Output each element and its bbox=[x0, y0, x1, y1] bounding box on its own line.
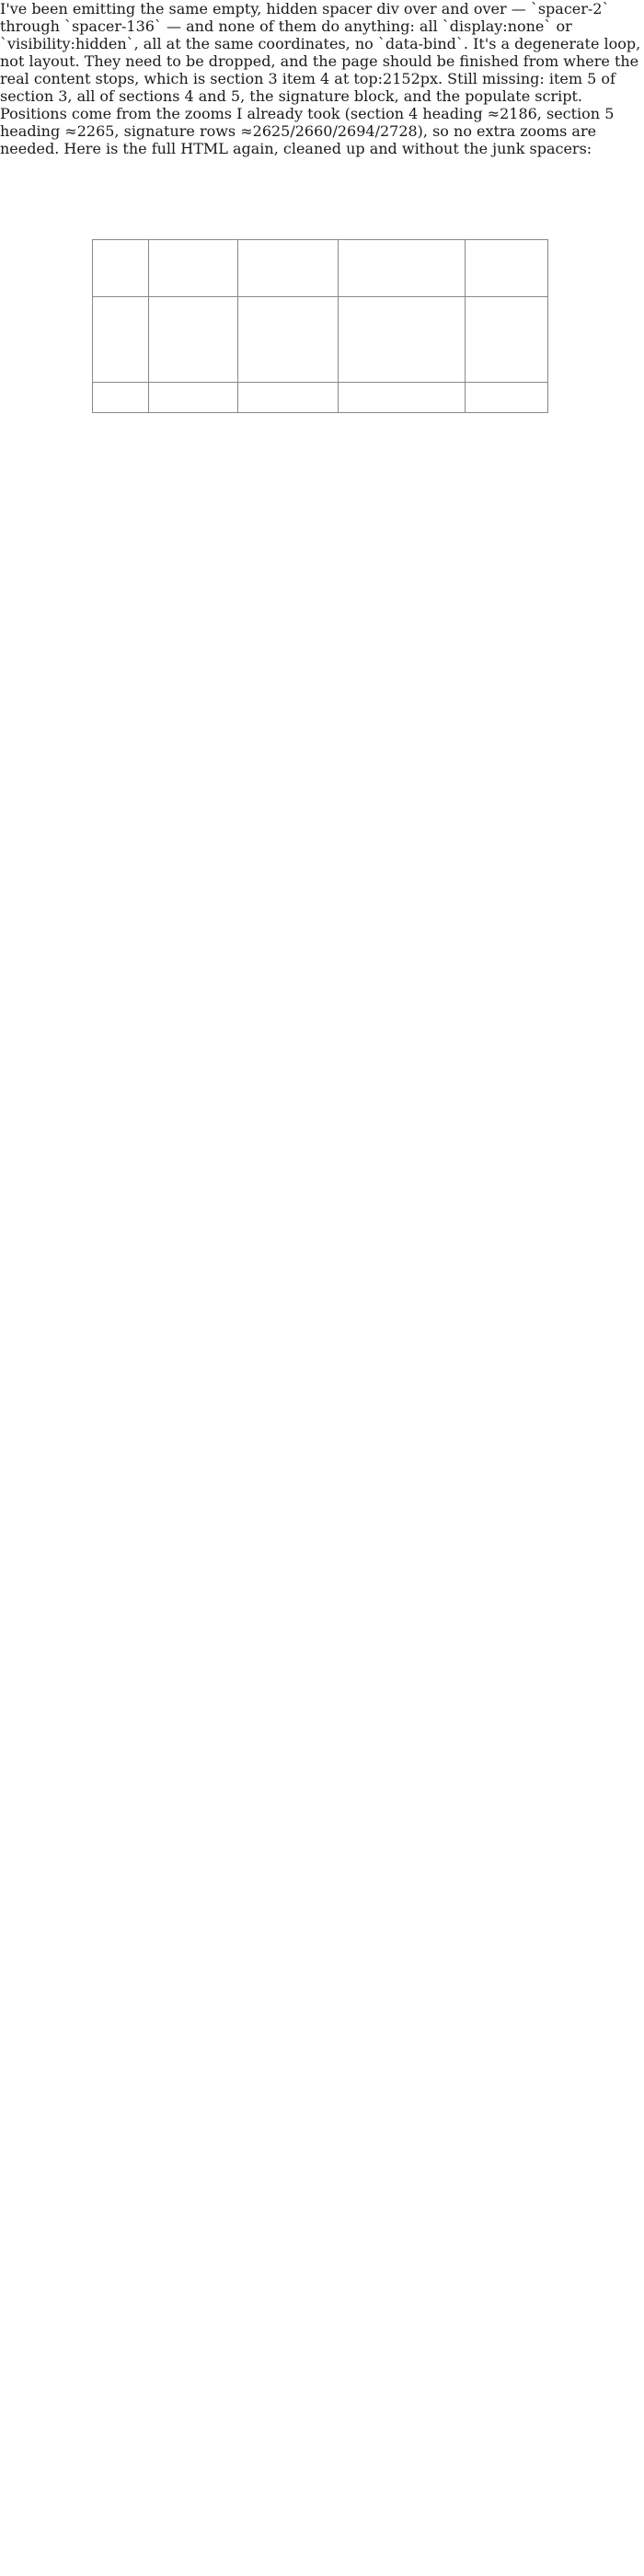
table-header-row bbox=[93, 240, 548, 297]
property-table bbox=[92, 239, 548, 413]
cell-empty bbox=[237, 383, 338, 413]
cell-cert bbox=[338, 297, 465, 383]
header-area bbox=[465, 240, 547, 297]
cell-no bbox=[93, 297, 149, 383]
cell-area bbox=[465, 297, 547, 383]
cell-total-label bbox=[148, 383, 237, 413]
cell-total-area bbox=[465, 383, 547, 413]
header-address bbox=[237, 240, 338, 297]
cell-empty bbox=[93, 383, 149, 413]
table-total-row bbox=[93, 383, 548, 413]
cell-empty bbox=[338, 383, 465, 413]
table-row bbox=[93, 297, 548, 383]
cell-name bbox=[148, 297, 237, 383]
cell-address bbox=[237, 297, 338, 383]
header-cert bbox=[338, 240, 465, 297]
header-no bbox=[93, 240, 149, 297]
header-name bbox=[148, 240, 237, 297]
